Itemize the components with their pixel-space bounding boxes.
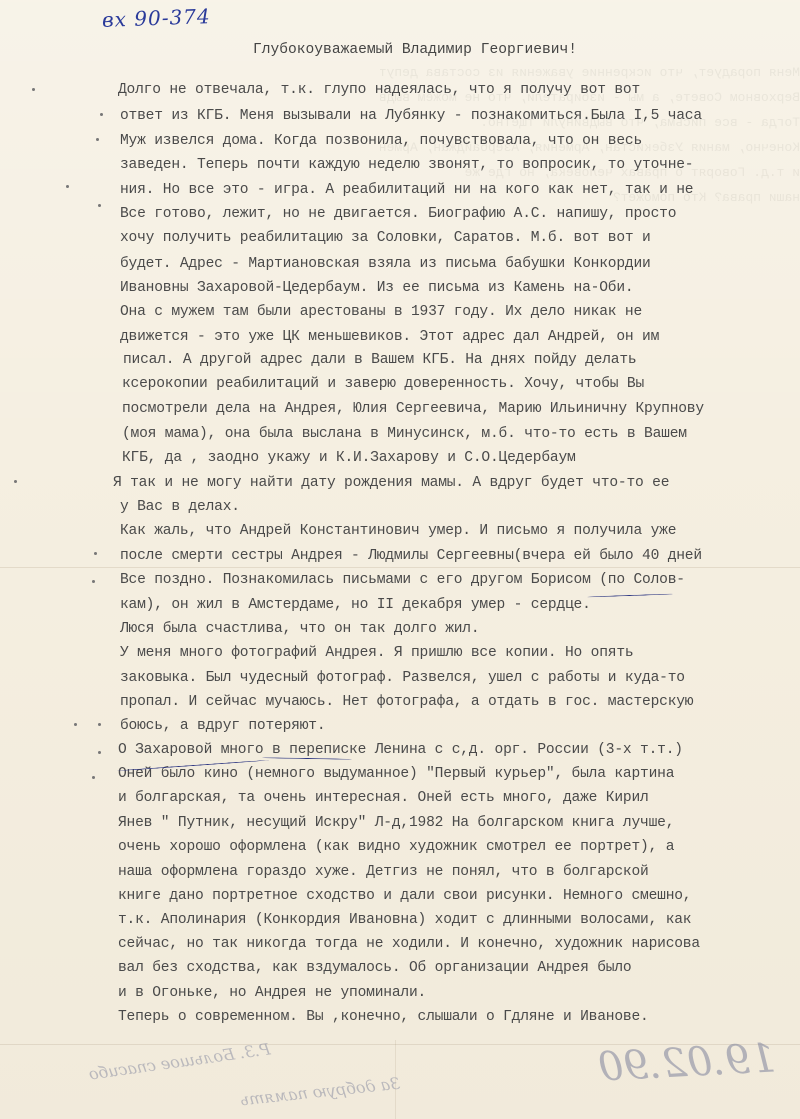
letter-line: очень хорошо оформлена (как видно художн… bbox=[118, 839, 674, 855]
letter-line: Все поздно. Познакомилась письмами с его… bbox=[120, 572, 685, 588]
margin-mark bbox=[98, 723, 101, 726]
letter-line: Она с мужем там были арестованы в 1937 г… bbox=[120, 304, 642, 320]
letter-line: т.к. Аполинария (Конкордия Ивановна) ход… bbox=[118, 912, 691, 928]
letter-line: Теперь о современном. Вы ,конечно, слыша… bbox=[118, 1009, 649, 1025]
letter-line: заведен. Теперь почти каждую неделю звон… bbox=[120, 157, 693, 173]
margin-mark bbox=[94, 552, 97, 555]
letter-line: боюсь, а вдруг потеряют. bbox=[120, 718, 325, 734]
letter-line: ксерокопии реабилитаций и заверю доверен… bbox=[122, 376, 644, 392]
margin-mark bbox=[32, 88, 35, 91]
letter-line: вал без сходства, как вздумалось. Об орг… bbox=[118, 960, 631, 976]
letter-line: О Захаровой много в переписке Ленина с с… bbox=[118, 742, 683, 758]
letter-line: будет. Адрес - Мартиановская взяла из пи… bbox=[120, 256, 651, 272]
letter-line: хочу получить реабилитацию за Соловки, С… bbox=[120, 230, 651, 246]
letter-line: Я так и не могу найти дату рождения мамы… bbox=[113, 475, 669, 491]
margin-mark bbox=[98, 751, 101, 754]
letter-line: сейчас, но так никогда тогда не ходили. … bbox=[118, 936, 700, 952]
letter-line: книге дано портретное сходство и дали св… bbox=[118, 888, 691, 904]
margin-mark bbox=[66, 185, 69, 188]
letter-line: движется - это уже ЦК меньшевиков. Этот … bbox=[120, 329, 659, 345]
letter-line: ния. Но все это - игра. А реабилитаций н… bbox=[120, 182, 693, 198]
letter-line: Все готово, лежит, но не двигается. Биог… bbox=[120, 206, 676, 222]
letter-line: Янев " Путник, несущий Искру" Л-д,1982 Н… bbox=[118, 815, 674, 831]
letter-line: пропал. И сейчас мучаюсь. Нет фотографа,… bbox=[120, 694, 693, 710]
letter-line: Люся была счастлива, что он так долго жи… bbox=[120, 621, 479, 637]
margin-mark bbox=[92, 776, 95, 779]
letter-line: и в Огоньке, но Андрея не упоминали. bbox=[118, 985, 426, 1001]
letter-line: у Вас в делах. bbox=[120, 499, 240, 515]
letter-line: Муж извелся дома. Когда позвонила, почув… bbox=[120, 133, 642, 149]
reverse-handwritten-date: 19.02.90 bbox=[597, 1035, 777, 1090]
letter-salutation: Глубокоуважаемый Владимир Георгиевич! bbox=[253, 42, 577, 58]
letter-line: и болгарская, та очень интересная. Оней … bbox=[118, 790, 649, 806]
letter-line: Оней было кино (немного выдуманное) "Пер… bbox=[118, 766, 674, 782]
letter-line: писал. А другой адрес дали в Вашем КГБ. … bbox=[123, 352, 636, 368]
letter-line: заковыка. Был чудесный фотограф. Развелс… bbox=[120, 670, 685, 686]
margin-mark bbox=[74, 723, 77, 726]
letter-line: наша оформлена гораздо хуже. Детгиз не п… bbox=[118, 864, 649, 880]
margin-mark bbox=[92, 580, 95, 583]
letter-line: КГБ, да , заодно укажу и К.И.Захарову и … bbox=[122, 450, 576, 466]
archive-registration-mark: вх 90-374 bbox=[102, 4, 211, 32]
margin-mark bbox=[98, 204, 101, 207]
margin-mark bbox=[96, 138, 99, 141]
letter-line: ответ из КГБ. Меня вызывали на Лубянку -… bbox=[120, 108, 702, 124]
margin-mark bbox=[100, 113, 103, 116]
letter-line: после смерти сестры Андрея - Людмилы Сер… bbox=[120, 548, 702, 564]
letter-line: У меня много фотографий Андрея. Я пришлю… bbox=[120, 645, 633, 661]
margin-mark bbox=[14, 480, 17, 483]
letter-line: Ивановны Захаровой-Цедербаум. Из ее пись… bbox=[120, 280, 633, 296]
letter-line: Долго не отвечала, т.к. глупо надеялась,… bbox=[118, 82, 640, 98]
letter-line: (моя мама), она была выслана в Минусинск… bbox=[122, 426, 687, 442]
letter-line: Как жаль, что Андрей Константинович умер… bbox=[120, 523, 676, 539]
letter-line: посмотрели дела на Андрея, Юлия Сергееви… bbox=[122, 401, 704, 417]
letter-line: кам), он жил в Амстердаме, но II декабря… bbox=[120, 597, 591, 613]
